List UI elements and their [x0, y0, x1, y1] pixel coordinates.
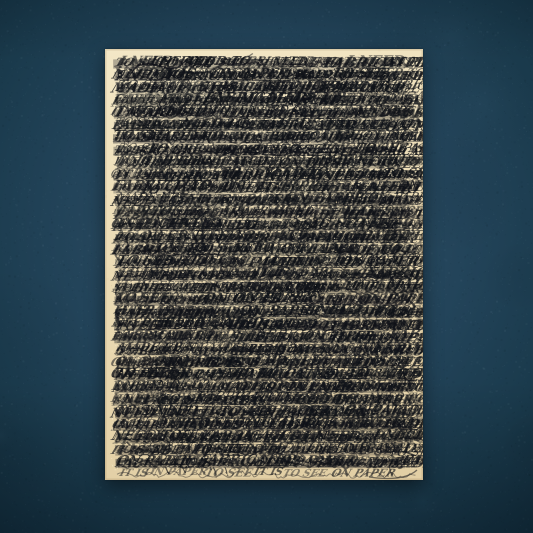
artwork-paper	[105, 49, 423, 480]
artwork-photograph	[0, 0, 533, 533]
handwriting-artwork-canvas	[105, 49, 423, 480]
